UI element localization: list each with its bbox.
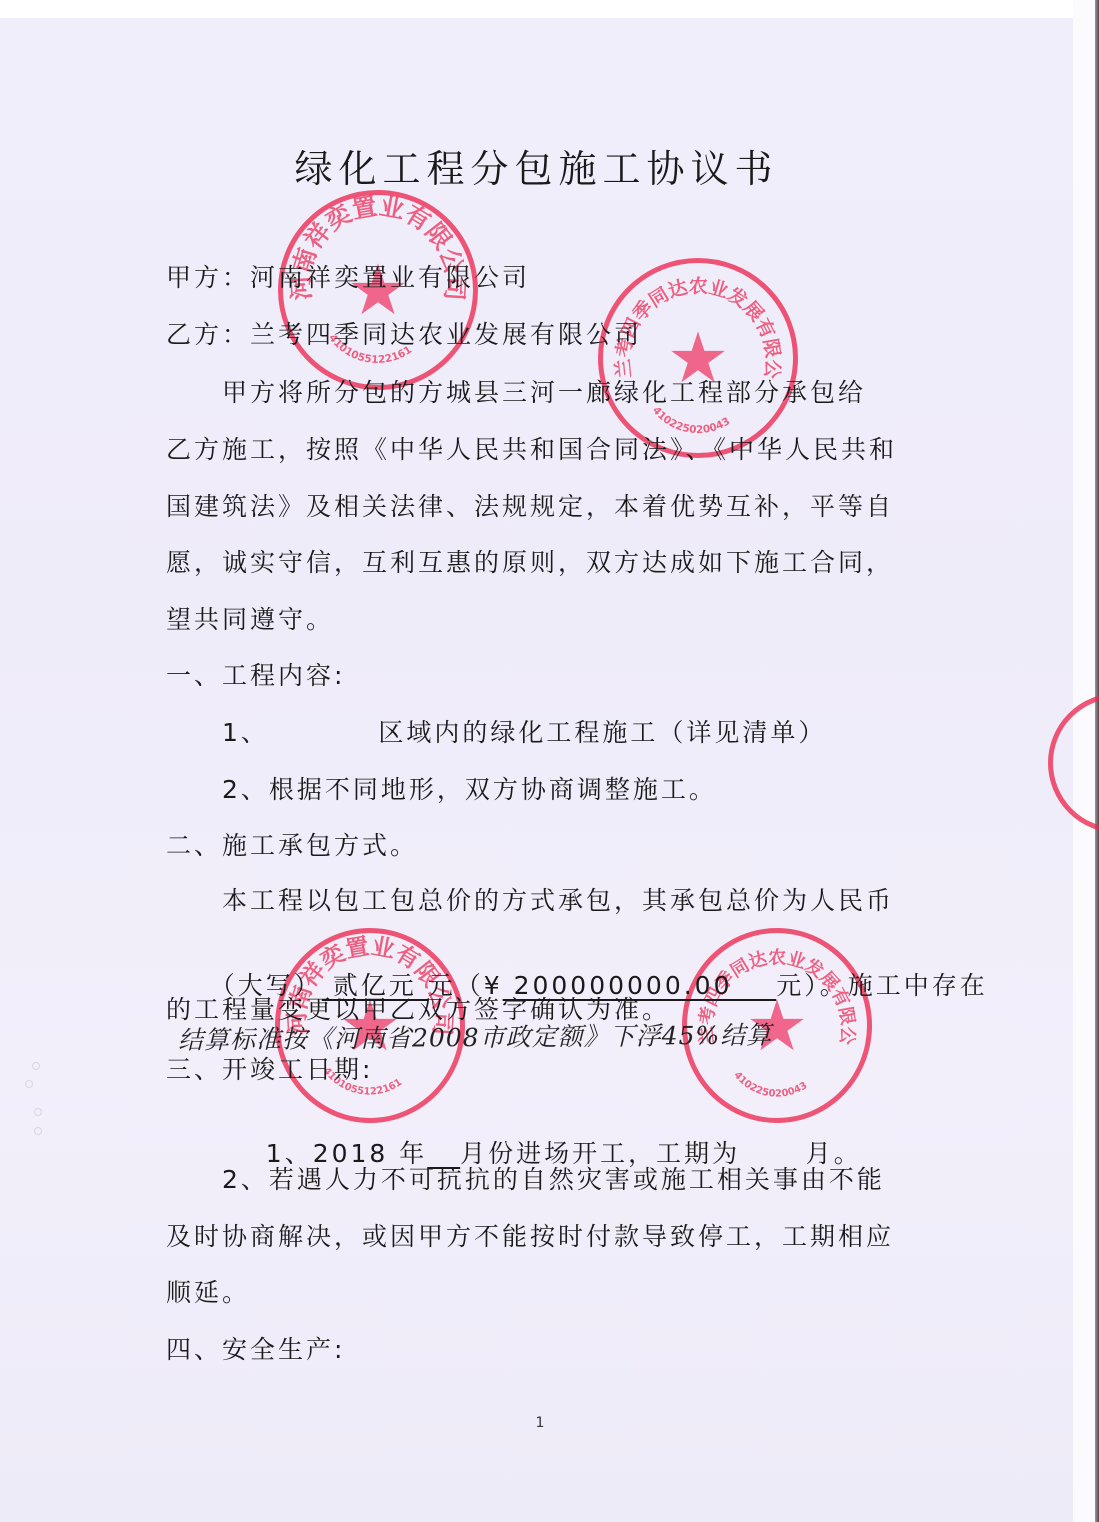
section-item: 2、根据不同地形，双方协商调整施工。 [222, 770, 717, 806]
intro-line: 望共同遵守。 [166, 600, 334, 636]
page-number: 1 [0, 1415, 1080, 1431]
intro-line: 国建筑法》及相关法律、法规规定，本着优势互补，平等自 [166, 487, 894, 523]
section-item: 2、若遇人力不可抗抗的自然灾害或施工相关事由不能 [222, 1160, 885, 1196]
document-title: 绿化工程分包施工协议书 [0, 138, 1073, 193]
section-heading: 二、施工承包方式。 [166, 826, 418, 862]
section-item: 顺延。 [166, 1273, 250, 1309]
intro-line: 甲方将所分包的方城县三河一廊绿化工程部分承包给 [222, 373, 866, 409]
section-item: 及时协商解决，或因甲方不能按时付款导致停工，工期相应 [166, 1217, 894, 1253]
section-heading: 四、安全生产: [166, 1330, 345, 1366]
party-a-line: 甲方：河南祥奕置业有限公司 [166, 258, 530, 294]
section-heading: 一、工程内容: [166, 656, 345, 692]
section-paragraph: 本工程以包工包总价的方式承包，其承包总价为人民币 [222, 881, 894, 917]
party-b-line: 乙方：兰考四季同达农业发展有限公司 [166, 315, 642, 351]
section-item: 1、 区域内的绿化工程施工（详见清单） [222, 713, 826, 749]
amount-suffix: 元）。施工中存在 [776, 971, 988, 1000]
intro-line: 愿，诚实守信，互利互惠的原则，双方达成如下施工合同， [166, 543, 894, 579]
handwritten-note: 结算标准按《河南省2008市政定额》下浮45%结算 [178, 1015, 772, 1056]
intro-line: 乙方施工，按照《中华人民共和国合同法》、《中华人民共和 [166, 430, 897, 466]
